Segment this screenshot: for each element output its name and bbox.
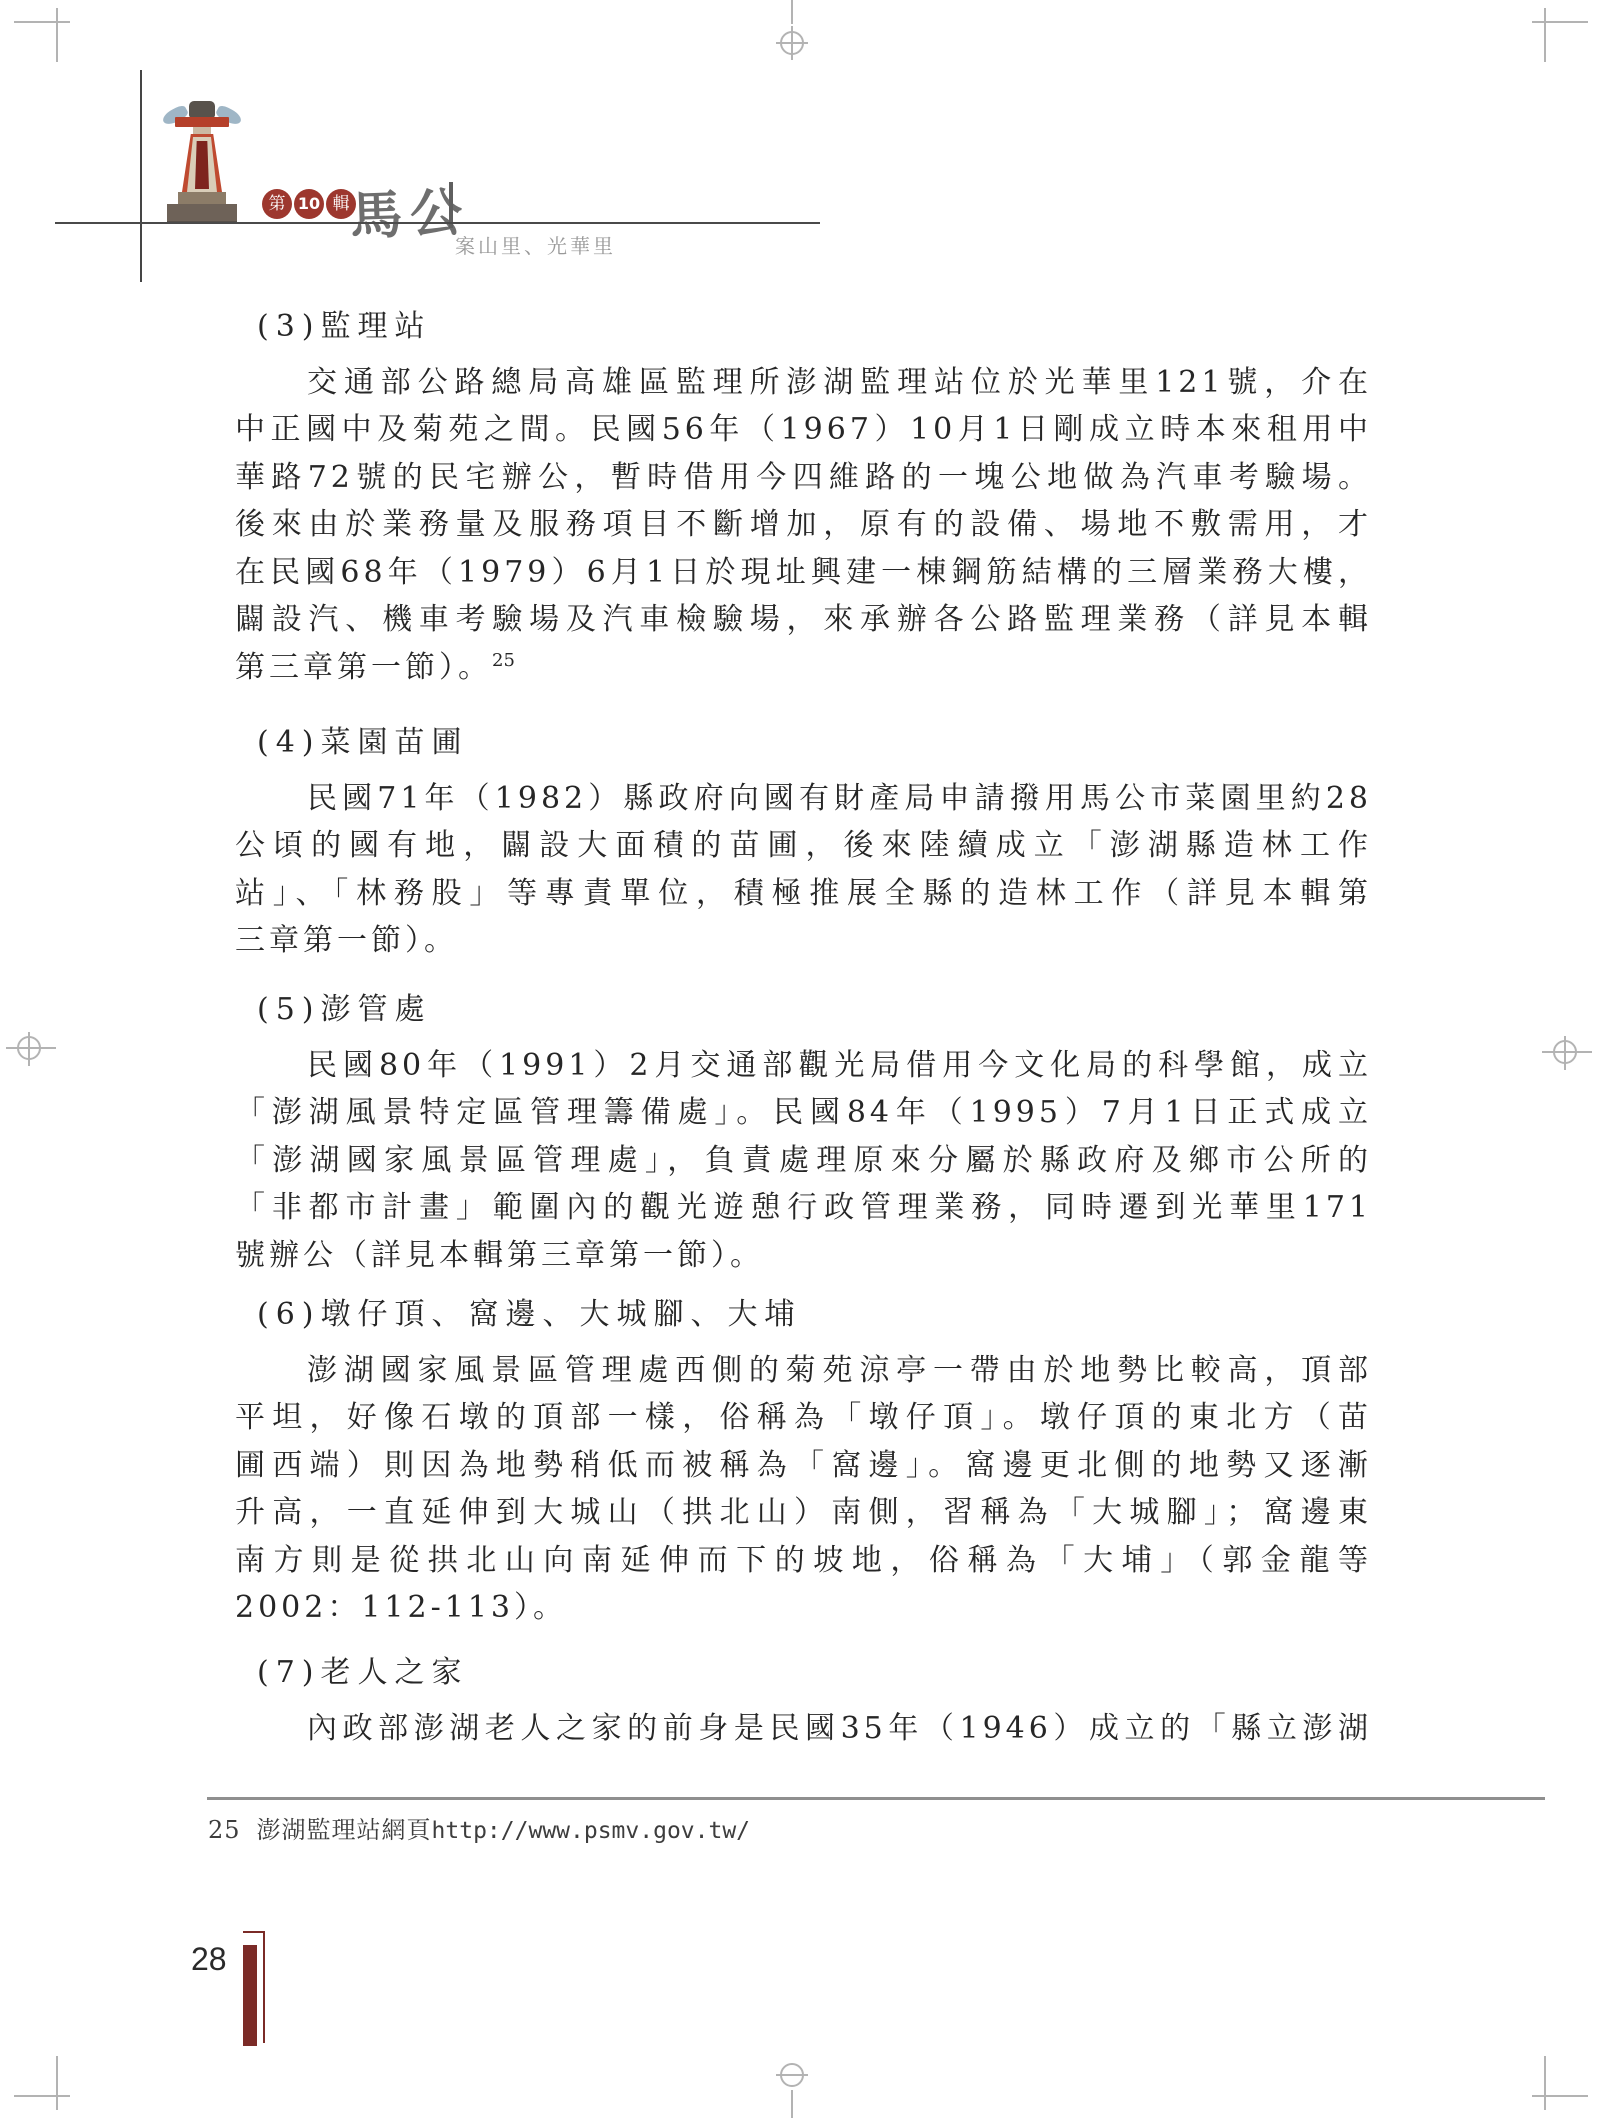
text-line: 南方則是從拱北山向南延伸而下的坡地，俗稱為「大埔」（郭金龍等	[235, 1537, 1372, 1585]
section: (6)墩仔頂、窩邊、大城腳、大埔澎湖國家風景區管理處西側的菊苑涼亭一帶由於地勢比…	[235, 1291, 1372, 1632]
footnote-url: http://www.psmv.gov.tw/	[432, 1818, 751, 1844]
text-line: 民國80年（1991）2月交通部觀光局借用今文化局的科學館，成立	[235, 1042, 1372, 1090]
text-line: 2002：112-113）。	[235, 1584, 1372, 1632]
text-line: 圃西端）則因為地勢稍低而被稱為「窩邊」。窩邊更北側的地勢又逐漸	[235, 1442, 1372, 1490]
section-heading: (7)老人之家	[235, 1649, 1372, 1697]
register-mark-top-center-line	[791, 0, 793, 24]
text-line: 站」、「林務股」等專責單位，積極推展全縣的造林工作（詳見本輯第	[235, 870, 1372, 918]
text-line: 號辦公（詳見本輯第三章第一節）。	[235, 1232, 1372, 1280]
footnote-separator-rule	[207, 1797, 1545, 1800]
crop-mark-bottom-right-v	[1544, 2056, 1546, 2110]
series-badge-number: 10	[294, 189, 324, 219]
text-line: 華路72號的民宅辦公，暫時借用今四維路的一塊公地做為汽車考驗場。	[235, 454, 1372, 502]
section-heading: (6)墩仔頂、窩邊、大城腳、大埔	[235, 1291, 1372, 1339]
text-line: 升高，一直延伸到大城山（拱北山）南側，習稱為「大城腳」；窩邊東	[235, 1489, 1372, 1537]
header-left-rule	[140, 70, 142, 282]
crop-mark-bottom-left-v	[56, 2056, 58, 2110]
text-line: 交通部公路總局高雄區監理所澎湖監理站位於光華里121號，介在	[235, 359, 1372, 407]
crop-mark-top-right-v	[1544, 8, 1546, 62]
register-mark-top-center-cross-v	[791, 26, 793, 60]
register-mark-right-middle-h	[1542, 1051, 1592, 1053]
register-mark-left-middle-v	[28, 1032, 30, 1066]
register-mark-right-middle-v	[1564, 1036, 1566, 1070]
section-heading: (5)澎管處	[235, 986, 1372, 1034]
footnote-number: 25	[208, 1816, 241, 1844]
text-line: 民國71年（1982）縣政府向國有財產局申請撥用馬公市菜園里約28	[235, 775, 1372, 823]
crop-mark-bottom-left-h	[14, 2095, 70, 2097]
text-line: 內政部澎湖老人之家的前身是民國35年（1946）成立的「縣立澎湖	[235, 1705, 1372, 1753]
monument-cap-slab	[175, 117, 229, 127]
page-number-bracket-right	[263, 1931, 265, 2043]
crop-mark-top-right-h	[1532, 21, 1588, 23]
monument-plinth-lower	[167, 204, 237, 224]
monument-cap	[189, 101, 215, 118]
text-line: 「非都市計畫」範圍內的觀光遊憩行政管理業務，同時遷到光華里171	[235, 1184, 1372, 1232]
monument-neck	[193, 127, 211, 134]
text-line: 中正國中及菊苑之間。民國56年（1967）10月1日剛成立時本來租用中	[235, 406, 1372, 454]
section: (3)監理站交通部公路總局高雄區監理所澎湖監理站位於光華里121號，介在中正國中…	[235, 303, 1372, 691]
scanned-book-page: 第 10 輯 馬公 案山里、光華里 (3)監理站交通部公路總局高雄區監理所澎湖監…	[0, 0, 1600, 2118]
register-mark-bottom-center-cross-h	[776, 2074, 808, 2076]
text-line: 「澎湖風景特定區管理籌備處」。民國84年（1995）7月1日正式成立	[235, 1089, 1372, 1137]
page-number: 28	[191, 1941, 227, 1978]
text-line: 公頃的國有地，闢設大面積的苗圃，後來陸續成立「澎湖縣造林工作	[235, 822, 1372, 870]
section: (7)老人之家內政部澎湖老人之家的前身是民國35年（1946）成立的「縣立澎湖	[235, 1649, 1372, 1752]
page-number-maroon-bar	[243, 1945, 257, 2046]
section-heading: (3)監理站	[235, 303, 1372, 351]
header-horizontal-rule	[55, 222, 820, 224]
section-heading: (4)菜園苗圃	[235, 719, 1372, 767]
register-mark-left-middle-h	[6, 1047, 56, 1049]
footnote-reference: 25	[492, 650, 515, 671]
text-line: 澎湖國家風景區管理處西側的菊苑涼亭一帶由於地勢比較高，頂部	[235, 1347, 1372, 1395]
footnote: 25澎湖監理站網頁http://www.psmv.gov.tw/	[208, 1810, 750, 1845]
crop-mark-bottom-right-h	[1532, 2095, 1588, 2097]
footnote-label: 澎湖監理站網頁	[257, 1816, 432, 1844]
crop-mark-top-left-h	[14, 21, 70, 23]
monument-plinth-upper	[178, 192, 226, 204]
page-number-bracket-top	[243, 1931, 265, 1933]
text-line: 在民國68年（1979）6月1日於現址興建一棟鋼筋結構的三層業務大樓，	[235, 549, 1372, 597]
text-line: 第三章第一節）。25	[235, 644, 1372, 692]
section: (5)澎管處民國80年（1991）2月交通部觀光局借用今文化局的科學館，成立「澎…	[235, 986, 1372, 1279]
text-line: 三章第一節）。	[235, 917, 1372, 965]
section: (4)菜園苗圃民國71年（1982）縣政府向國有財產局申請撥用馬公市菜園里約28…	[235, 719, 1372, 965]
text-line: 平坦，好像石墩的頂部一樣，俗稱為「墩仔頂」。墩仔頂的東北方（苗	[235, 1394, 1372, 1442]
crop-mark-top-left-v	[56, 8, 58, 62]
text-line: 闢設汽、機車考驗場及汽車檢驗場，來承辦各公路監理業務（詳見本輯	[235, 596, 1372, 644]
text-line: 「澎湖國家風景區管理處」，負責處理原來分屬於縣政府及鄉市公所的	[235, 1137, 1372, 1185]
text-line: 後來由於業務量及服務項目不斷增加，原有的設備、場地不敷需用，才	[235, 501, 1372, 549]
register-mark-bottom-center-line	[791, 2090, 793, 2118]
monument-logo-icon	[156, 101, 248, 223]
series-badge-prefix: 第	[262, 189, 292, 219]
monument-inscription-panel	[195, 141, 209, 189]
chapter-subtitle: 案山里、光華里	[455, 230, 616, 259]
